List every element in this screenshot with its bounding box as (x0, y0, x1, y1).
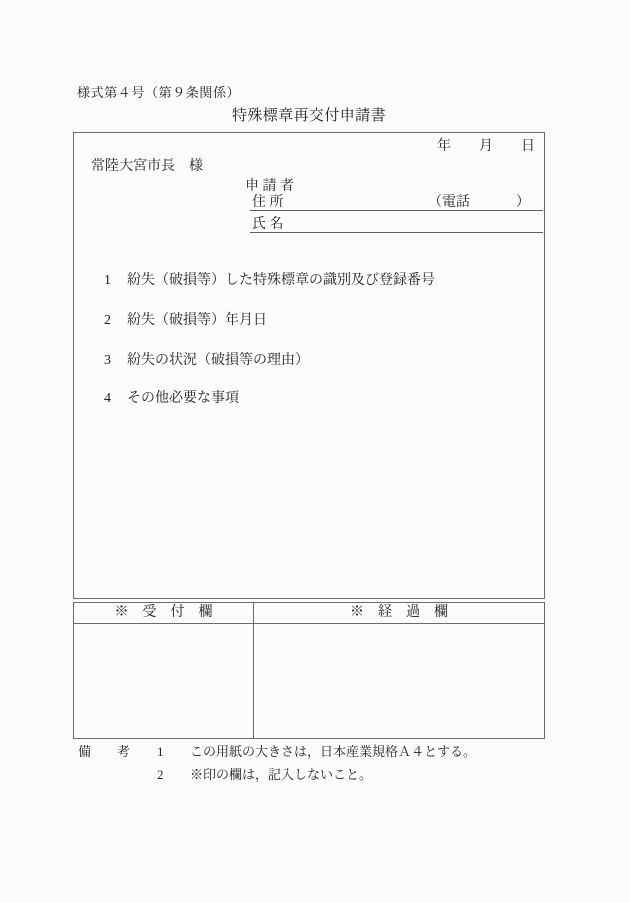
remark-text: この用紙の大きさは，日本産業規格Ａ４とする。 (190, 744, 476, 760)
item-number: 2 (104, 312, 127, 330)
remark-number: 2 (157, 767, 190, 783)
phone-close-paren: ） (516, 194, 530, 212)
office-use-table-body-row (74, 624, 544, 738)
application-form-document: 様式第４号（第９条関係） 特殊標章再交付申請書 年 月 日 常陸大宮市長 様 申… (0, 0, 630, 903)
remark-number: 1 (157, 744, 190, 760)
remark-text: ※印の欄は，記入しないこと。 (190, 767, 476, 783)
item-text: その他必要な事項 (127, 391, 239, 406)
progress-column-header: ※ 経 過 欄 (254, 603, 544, 623)
item-text: 紛失の状況（破損等の理由） (127, 353, 309, 368)
form-number: 様式第４号（第９条関係） (77, 85, 240, 101)
reception-column-header: ※ 受 付 欄 (74, 603, 254, 623)
reception-column-cell (74, 624, 254, 738)
date-field: 年 月 日 (437, 138, 535, 156)
item-number: 1 (104, 272, 127, 290)
address-field-row: 住 所 （電話 ） (250, 194, 543, 211)
address-label: 住 所 (252, 194, 284, 212)
progress-column-cell (254, 624, 544, 738)
addressee-mayor: 常陸大宮市長 様 (91, 158, 203, 176)
item-text: 紛失（破損等）した特殊標章の識別及び登録番号 (127, 273, 435, 288)
remarks-notes: 備 考 1 この用紙の大きさは，日本産業規格Ａ４とする。 2 ※印の欄は，記入し… (78, 744, 476, 784)
item-number: 4 (104, 390, 127, 408)
item-number: 3 (104, 352, 127, 370)
office-use-table: ※ 受 付 欄 ※ 経 過 欄 (73, 602, 545, 739)
form-item-4: 4その他必要な事項 (83, 372, 239, 425)
office-use-table-header-row: ※ 受 付 欄 ※ 経 過 欄 (74, 603, 544, 624)
remarks-label-spacer (78, 767, 157, 783)
phone-label: （電話 (428, 194, 470, 212)
name-field-row: 氏 名 (250, 216, 543, 233)
document-title: 特殊標章再交付申請書 (73, 107, 545, 126)
application-form-box: 年 月 日 常陸大宮市長 様 申 請 者 住 所 （電話 ） 氏 名 1紛失（破… (73, 132, 545, 599)
applicant-label: 申 請 者 (245, 178, 294, 196)
item-text: 紛失（破損等）年月日 (127, 313, 267, 328)
name-label: 氏 名 (252, 216, 284, 234)
remarks-label: 備 考 (78, 744, 157, 760)
